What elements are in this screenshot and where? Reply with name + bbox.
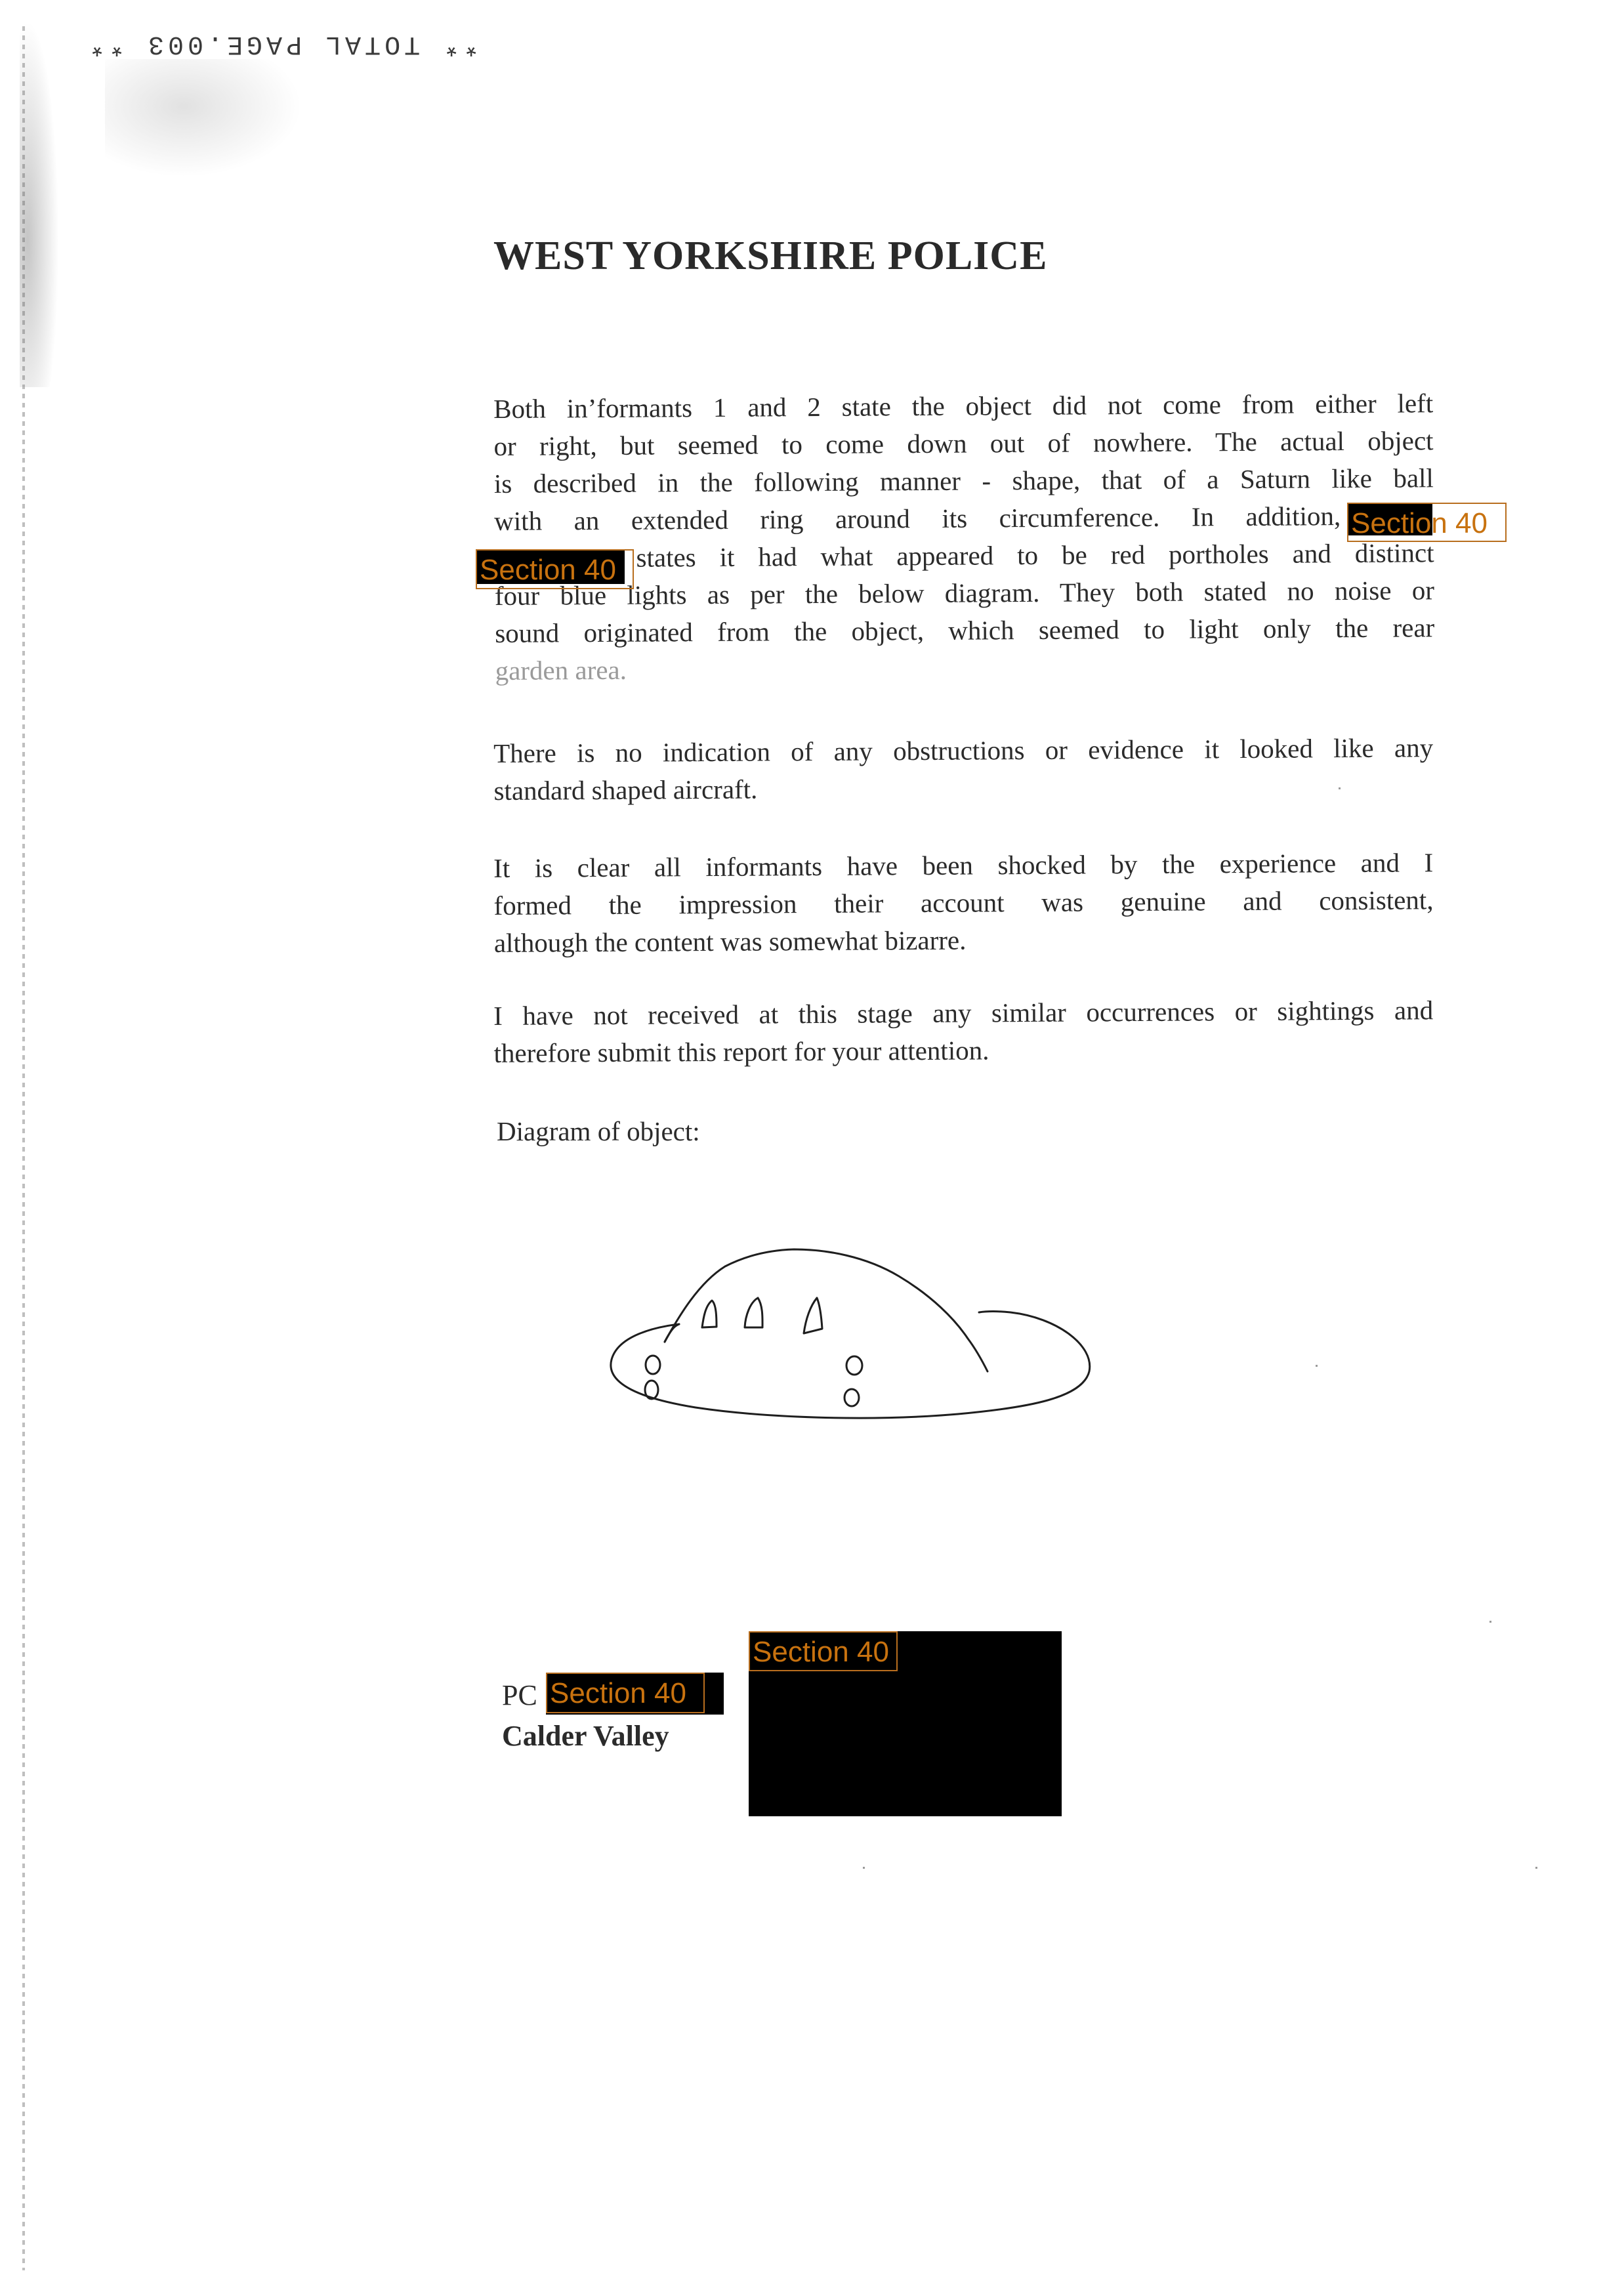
text-line: or right, but seemed to come down out of… — [493, 422, 1433, 465]
redaction-label: Section 40 — [476, 549, 634, 589]
text-line: garden area. — [495, 646, 1434, 690]
scan-speck — [1489, 1621, 1491, 1623]
scan-speck — [1339, 787, 1341, 789]
text-line: four blue lights as per the below diagra… — [495, 572, 1434, 615]
paragraph-informant-impression: It is clear all informants have been sho… — [493, 844, 1434, 962]
text-line: is described in the following manner - s… — [494, 459, 1434, 503]
saucer-ring-outline — [611, 1312, 1090, 1419]
redaction-label: Section 40 — [546, 1673, 705, 1713]
document-title: WEST YORKSHIRE POLICE — [493, 233, 1047, 280]
scan-speck — [863, 1867, 865, 1869]
text-line: It is clear all informants have been sho… — [493, 844, 1433, 887]
light-right-lower — [844, 1389, 859, 1406]
light-left-upper — [646, 1356, 660, 1374]
scan-speck — [1535, 1867, 1537, 1869]
text-line: with an extended ring around its circumf… — [494, 497, 1341, 540]
saucer-dome-outline — [665, 1249, 988, 1371]
text-line: I have not received at this stage any si… — [493, 991, 1433, 1035]
text-line: states it had what appeared to be red po… — [494, 534, 1434, 577]
paragraph-sighting-description: Both in’formants 1 and 2 state the objec… — [493, 385, 1435, 690]
porthole-window-2 — [745, 1298, 762, 1327]
scan-smudge — [105, 59, 302, 177]
paragraph-submission: I have not received at this stage any si… — [493, 991, 1434, 1072]
text-line: therefore submit this report for your at… — [493, 1029, 1433, 1072]
officer-rank: PC — [502, 1678, 537, 1712]
text-line: There is no indication of any obstructio… — [493, 729, 1433, 772]
scan-smudge — [20, 20, 59, 387]
text-line: formed the impression their account was … — [493, 881, 1433, 925]
light-left-lower — [645, 1381, 658, 1399]
redaction-label: Section 40 — [1347, 503, 1507, 542]
officer-station: Calder Valley — [502, 1719, 669, 1753]
text-line: standard shaped aircraft. — [493, 766, 1433, 810]
ufo-sketch-diagram — [591, 1207, 1115, 1430]
text-line: although the content was somewhat bizarr… — [494, 919, 1434, 962]
text-line: Both in’formants 1 and 2 state the objec… — [493, 385, 1433, 428]
porthole-window-3 — [804, 1298, 822, 1333]
scan-speck — [1316, 1365, 1318, 1367]
redaction-label: Section 40 — [749, 1631, 898, 1671]
paragraph-no-obstructions: There is no indication of any obstructio… — [493, 729, 1434, 810]
diagram-label: Diagram of object: — [497, 1115, 700, 1147]
fax-page-header: ** TOTAL PAGE.003 ** — [85, 29, 479, 58]
text-line: sound originated from the object, which … — [495, 609, 1434, 652]
porthole-window-1 — [702, 1301, 717, 1327]
light-right-upper — [846, 1356, 862, 1375]
